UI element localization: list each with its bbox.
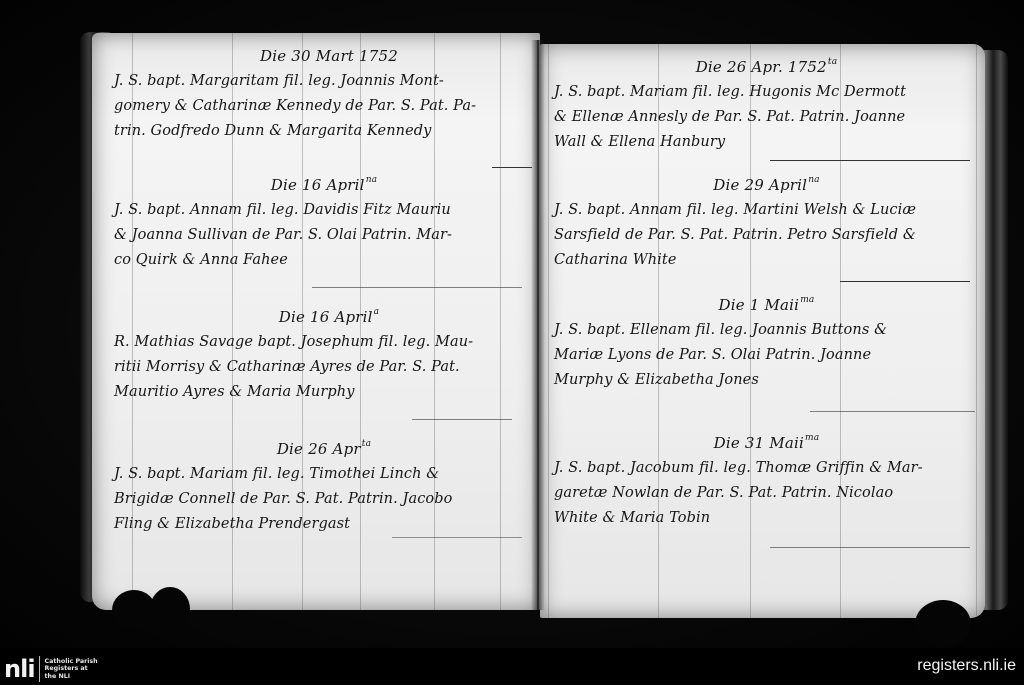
entry-date: Die 26 Aprta [114, 440, 534, 458]
logo-caption-line: the NLI [45, 673, 98, 681]
entry-separator [770, 547, 970, 548]
entry-date: Die 31 Maiima [554, 434, 979, 452]
entry-line: Catharina White [554, 248, 979, 273]
entry-separator [770, 160, 970, 161]
baptism-entry: Die 16 Aprilna J. S. bapt. Annam fil. le… [114, 176, 534, 273]
register-page-left: Die 30 Mart 1752 J. S. bapt. Margaritam … [92, 33, 540, 610]
entry-line: J. S. bapt. Annam fil. leg. Davidis Fitz… [114, 198, 534, 223]
logo-caption: Catholic Parish Registers at the NLI [45, 658, 98, 681]
entry-line: R. Mathias Savage bapt. Josephum fil. le… [114, 330, 534, 355]
entry-line: J. S. bapt. Mariam fil. leg. Hugonis Mc … [554, 80, 979, 105]
entry-date: Die 16 Aprilna [114, 176, 534, 194]
baptism-entry: Die 31 Maiima J. S. bapt. Jacobum fil. l… [554, 434, 979, 531]
entry-line: Murphy & Elizabetha Jones [554, 368, 979, 393]
entry-separator [312, 287, 522, 288]
entry-line: ritii Morrisy & Catharinæ Ayres de Par. … [114, 355, 534, 380]
entry-date: Die 29 Aprilna [554, 176, 979, 194]
footer-bar: nli Catholic Parish Registers at the NLI… [0, 648, 1024, 685]
baptism-entry: Die 30 Mart 1752 J. S. bapt. Margaritam … [114, 47, 534, 144]
baptism-entry: Die 26 Aprta J. S. bapt. Mariam fil. leg… [114, 440, 534, 537]
logo-divider [39, 656, 40, 682]
page-clip-left-2 [150, 587, 190, 631]
entry-line: co Quirk & Anna Fahee [114, 248, 534, 273]
baptism-entry: Die 29 Aprilna J. S. bapt. Annam fil. le… [554, 176, 979, 273]
entry-line: J. S. bapt. Jacobum fil. leg. Thomæ Grif… [554, 456, 979, 481]
entry-line: White & Maria Tobin [554, 506, 979, 531]
entry-separator [492, 167, 532, 168]
entry-date: Die 1 Maiima [554, 296, 979, 314]
entry-separator [840, 281, 970, 282]
page-clip-right [915, 600, 971, 648]
entry-line: trin. Godfredo Dunn & Margarita Kennedy [114, 119, 534, 144]
entry-separator [392, 537, 522, 538]
entry-line: Fling & Elizabetha Prendergast [114, 512, 534, 537]
entry-date: Die 26 Apr. 1752ta [554, 58, 979, 76]
entry-line: Mariæ Lyons de Par. S. Olai Patrin. Joan… [554, 343, 979, 368]
entry-line: J. S. bapt. Ellenam fil. leg. Joannis Bu… [554, 318, 979, 343]
entry-date: Die 16 Aprila [114, 308, 534, 326]
baptism-entry: Die 16 Aprila R. Mathias Savage bapt. Jo… [114, 308, 534, 405]
image-viewer[interactable]: Die 30 Mart 1752 J. S. bapt. Margaritam … [0, 0, 1024, 648]
entry-line: & Ellenæ Annesly de Par. S. Pat. Patrin.… [554, 105, 979, 130]
nli-logo[interactable]: nli Catholic Parish Registers at the NLI [4, 656, 98, 682]
entry-line: Wall & Ellena Hanbury [554, 130, 979, 155]
entry-line: J. S. bapt. Annam fil. leg. Martini Wels… [554, 198, 979, 223]
entry-separator [810, 411, 975, 412]
entry-separator [412, 419, 512, 420]
book-spine-gutter [531, 40, 545, 610]
logo-caption-line: Registers at [45, 665, 98, 673]
entry-date: Die 30 Mart 1752 [114, 47, 534, 65]
nli-logo-mark: nli [4, 657, 35, 681]
entry-line: Sarsfield de Par. S. Pat. Patrin. Petro … [554, 223, 979, 248]
entry-line: Brigidæ Connell de Par. S. Pat. Patrin. … [114, 487, 534, 512]
entry-line: Mauritio Ayres & Maria Murphy [114, 380, 534, 405]
baptism-entry: Die 26 Apr. 1752ta J. S. bapt. Mariam fi… [554, 58, 979, 155]
baptism-entry: Die 1 Maiima J. S. bapt. Ellenam fil. le… [554, 296, 979, 393]
entry-line: J. S. bapt. Mariam fil. leg. Timothei Li… [114, 462, 534, 487]
logo-caption-line: Catholic Parish [45, 658, 98, 666]
entry-line: gomery & Catharinæ Kennedy de Par. S. Pa… [114, 94, 534, 119]
entry-line: & Joanna Sullivan de Par. S. Olai Patrin… [114, 223, 534, 248]
register-page-right: Die 26 Apr. 1752ta J. S. bapt. Mariam fi… [540, 44, 985, 618]
entry-line: garetæ Nowlan de Par. S. Pat. Patrin. Ni… [554, 481, 979, 506]
entry-line: J. S. bapt. Margaritam fil. leg. Joannis… [114, 69, 534, 94]
site-url-link[interactable]: registers.nli.ie [917, 657, 1016, 675]
